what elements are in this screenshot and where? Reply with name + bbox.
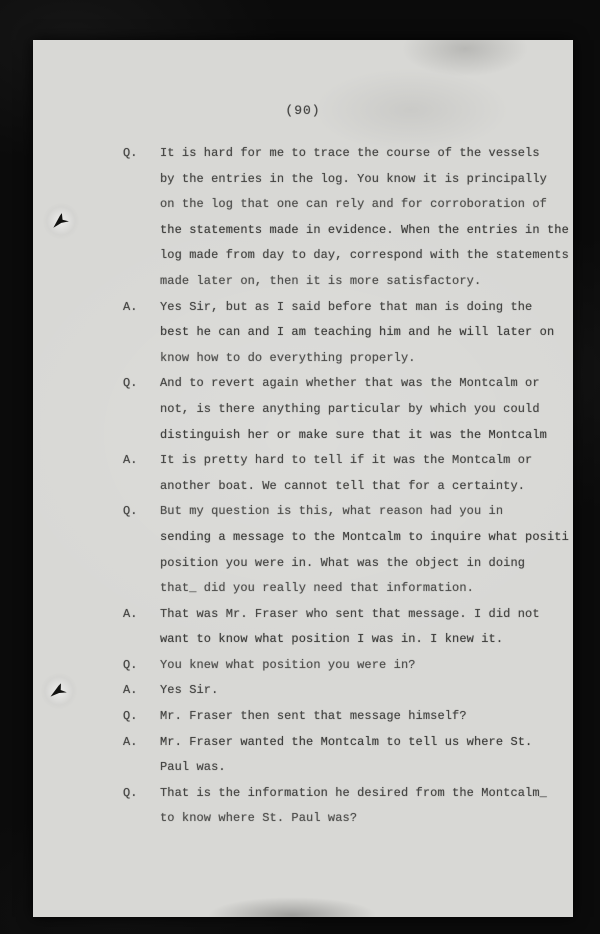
speaker-label: Q. [123, 709, 137, 723]
speaker-label: Q. [123, 786, 137, 800]
transcript-line: want to know what position I was in. I k… [123, 626, 553, 652]
transcript-line: position you were in. What was the objec… [123, 550, 553, 576]
transcript-line: A.That was Mr. Fraser who sent that mess… [123, 601, 553, 627]
transcript-line: to know where St. Paul was? [123, 805, 553, 831]
line-text: log made from day to day, correspond wit… [160, 248, 569, 262]
speaker-label: A. [123, 607, 137, 621]
transcript-line: log made from day to day, correspond wit… [123, 242, 553, 268]
transcript-line: sending a message to the Montcalm to inq… [123, 524, 553, 550]
line-text: It is hard for me to trace the course of… [160, 146, 540, 160]
line-text: But my question is this, what reason had… [160, 504, 503, 518]
speaker-label: A. [123, 735, 137, 749]
line-text: Yes Sir. [160, 683, 218, 697]
line-text: Paul was. [160, 760, 226, 774]
speaker-label: Q. [123, 376, 137, 390]
transcript-line: not, is there anything particular by whi… [123, 396, 553, 422]
transcript-line: know how to do everything properly. [123, 345, 553, 371]
line-text: made later on, then it is more satisfact… [160, 274, 481, 288]
line-text: And to revert again whether that was the… [160, 376, 540, 390]
speaker-label: Q. [123, 504, 137, 518]
speaker-label: A. [123, 300, 137, 314]
line-text: by the entries in the log. You know it i… [160, 172, 547, 186]
line-text: It is pretty hard to tell if it was the … [160, 453, 532, 467]
transcript-line: made later on, then it is more satisfact… [123, 268, 553, 294]
page-number: (90) [33, 103, 573, 118]
transcript: Q.It is hard for me to trace the course … [123, 140, 553, 831]
line-text: You knew what position you were in? [160, 658, 416, 672]
line-text: That is the information he desired from … [160, 786, 547, 800]
line-text: Yes Sir, but as I said before that man i… [160, 300, 532, 314]
transcript-line: A.Mr. Fraser wanted the Montcalm to tell… [123, 729, 553, 755]
transcript-line: Q.And to revert again whether that was t… [123, 370, 553, 396]
line-text: position you were in. What was the objec… [160, 556, 525, 570]
ink-blot-mark [47, 679, 72, 704]
transcript-line: best he can and I am teaching him and he… [123, 319, 553, 345]
line-text: on the log that one can rely and for cor… [160, 197, 547, 211]
transcript-line: Q.That is the information he desired fro… [123, 780, 553, 806]
transcript-line: another boat. We cannot tell that for a … [123, 473, 553, 499]
line-text: distinguish her or make sure that it was… [160, 428, 547, 442]
speaker-label: Q. [123, 146, 137, 160]
line-text: to know where St. Paul was? [160, 811, 357, 825]
line-text: that_ did you really need that informati… [160, 581, 474, 595]
line-text: know how to do everything properly. [160, 351, 416, 365]
transcript-line: the statements made in evidence. When th… [123, 217, 553, 243]
speaker-label: Q. [123, 658, 137, 672]
transcript-line: by the entries in the log. You know it i… [123, 166, 553, 192]
transcript-line: A.It is pretty hard to tell if it was th… [123, 447, 553, 473]
transcript-line: Q.Mr. Fraser then sent that message hims… [123, 703, 553, 729]
transcript-line: A.Yes Sir, but as I said before that man… [123, 294, 553, 320]
line-text: Mr. Fraser then sent that message himsel… [160, 709, 467, 723]
transcript-line: distinguish her or make sure that it was… [123, 422, 553, 448]
line-text: best he can and I am teaching him and he… [160, 325, 554, 339]
transcript-line: on the log that one can rely and for cor… [123, 191, 553, 217]
transcript-line: Q.But my question is this, what reason h… [123, 498, 553, 524]
transcript-line: Q.You knew what position you were in? [123, 652, 553, 678]
transcript-line: Paul was. [123, 754, 553, 780]
line-text: not, is there anything particular by whi… [160, 402, 540, 416]
line-text: the statements made in evidence. When th… [160, 223, 569, 237]
transcript-line: Q.It is hard for me to trace the course … [123, 140, 553, 166]
line-text: want to know what position I was in. I k… [160, 632, 503, 646]
line-text: sending a message to the Montcalm to inq… [160, 530, 569, 544]
line-text: That was Mr. Fraser who sent that messag… [160, 607, 540, 621]
transcript-line: that_ did you really need that informati… [123, 575, 553, 601]
document-page: (90) Q.It is hard for me to trace the co… [33, 40, 573, 917]
ink-blot-mark [50, 210, 72, 232]
speaker-label: A. [123, 683, 137, 697]
transcript-line: A.Yes Sir. [123, 677, 553, 703]
scanned-document-photo: (90) Q.It is hard for me to trace the co… [0, 0, 600, 934]
line-text: another boat. We cannot tell that for a … [160, 479, 525, 493]
line-text: Mr. Fraser wanted the Montcalm to tell u… [160, 735, 532, 749]
speaker-label: A. [123, 453, 137, 467]
